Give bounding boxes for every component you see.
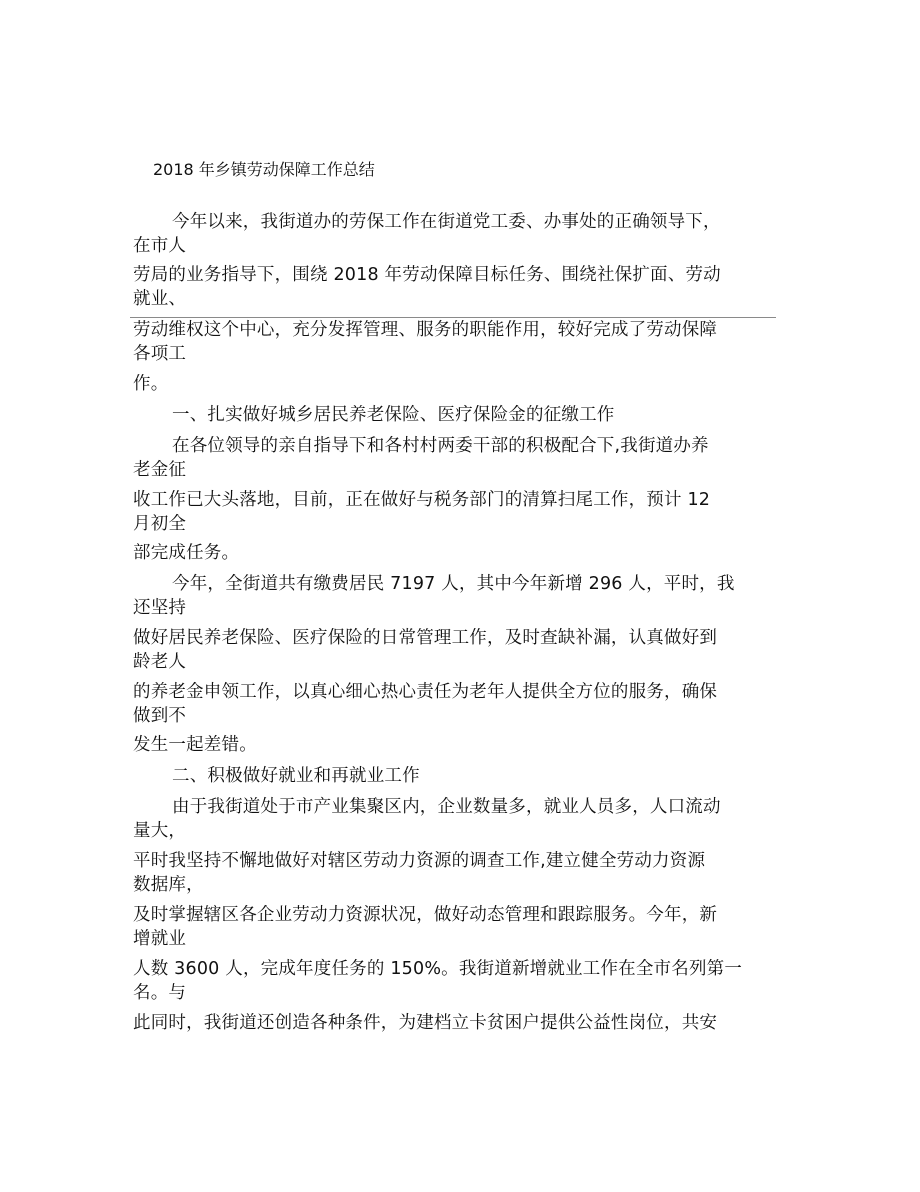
document-title: 2018 年乡镇劳动保障工作总结	[153, 159, 375, 181]
paragraph-line: 量大，	[133, 820, 186, 842]
paragraph-line: 做到不	[133, 705, 186, 727]
paragraph-line: 及时掌握辖区各企业劳动力资源状况，做好动态管理和跟踪服务。今年，新	[133, 904, 717, 926]
paragraph-line: 今年以来，我街道办的劳保工作在街道党工委、办事处的正确领导下，	[172, 211, 721, 233]
paragraph-line: 就业、	[133, 288, 186, 310]
paragraph-line: 今年，全街道共有缴费居民 7197 人，其中今年新增 296 人，平时，我	[172, 573, 735, 595]
document-page: 2018 年乡镇劳动保障工作总结 今年以来，我街道办的劳保工作在街道党工委、办事…	[0, 0, 920, 1192]
paragraph-line: 名。与	[133, 982, 186, 1004]
paragraph-line: 还坚持	[133, 597, 186, 619]
section-heading: 二、积极做好就业和再就业工作	[172, 765, 420, 787]
paragraph-line: 增就业	[133, 928, 186, 950]
paragraph-line: 龄老人	[133, 651, 186, 673]
paragraph-line: 发生一起差错。	[133, 734, 257, 756]
paragraph-line: 老金征	[133, 459, 186, 481]
paragraph-line: 数据库，	[133, 874, 204, 896]
paragraph-line: 作。	[133, 373, 168, 395]
section-heading: 一、扎实做好城乡居民养老保险、医疗保险金的征缴工作	[172, 404, 615, 426]
paragraph-line: 在市人	[133, 235, 186, 257]
paragraph-line: 部完成任务。	[133, 542, 239, 564]
paragraph-line: 收工作已大头落地，目前，正在做好与税务部门的清算扫尾工作，预计 12	[133, 489, 710, 511]
paragraph-line: 在各位领导的亲自指导下和各村村两委干部的积极配合下,我街道办养	[172, 435, 709, 457]
paragraph-line: 各项工	[133, 343, 186, 365]
paragraph-line: 月初全	[133, 513, 186, 535]
paragraph-line: 此同时，我街道还创造各种条件，为建档立卡贫困户提供公益性岗位，共安	[133, 1012, 717, 1034]
paragraph-line: 人数 3600 人，完成年度任务的 150%。我街道新增就业工作在全市名列第一	[133, 958, 742, 980]
paragraph-line: 平时我坚持不懈地做好对辖区劳动力资源的调查工作,建立健全劳动力资源	[133, 850, 705, 872]
paragraph-line: 的养老金申领工作，以真心细心热心责任为老年人提供全方位的服务，确保	[133, 681, 717, 703]
paragraph-line: 由于我街道处于市产业集聚区内，企业数量多，就业人员多，人口流动	[172, 796, 721, 818]
paragraph-line: 劳局的业务指导下，围绕 2018 年劳动保障目标任务、围绕社保扩面、劳动	[133, 264, 721, 286]
paragraph-line: 做好居民养老保险、医疗保险的日常管理工作，及时查缺补漏，认真做好到	[133, 627, 717, 649]
horizontal-rule	[130, 317, 776, 318]
paragraph-line: 劳动维权这个中心，充分发挥管理、服务的职能作用，较好完成了劳动保障	[133, 319, 717, 341]
